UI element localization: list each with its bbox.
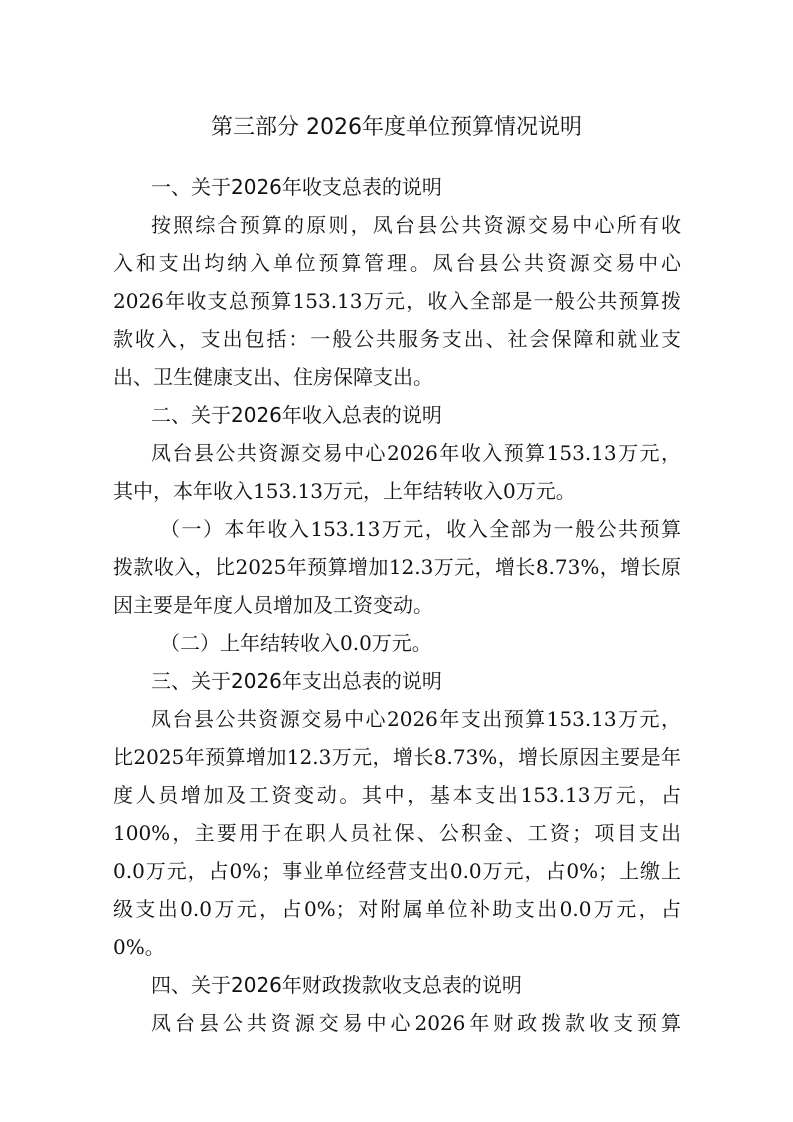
page-title: 第三部分 2026年度单位预算情况说明 — [0, 110, 793, 141]
paragraph-line: （一）本年收入153.13万元，收入全部为一般公共预算 — [160, 514, 681, 544]
paragraph-line: 级支出0.0万元，占0%；对附属单位补助支出0.0万元，占 — [113, 894, 681, 924]
paragraph-line: 凤台县公共资源交易中心2026年支出预算153.13万元， — [151, 704, 681, 734]
paragraph-line: 拨款收入，比2025年预算增加12.3万元，增长8.73%，增长原 — [113, 552, 681, 582]
paragraph-line: 其中，本年收入153.13万元，上年结转收入0万元。 — [113, 476, 681, 506]
paragraph-line: 因主要是年度人员增加及工资变动。 — [113, 590, 681, 620]
paragraph-line: （二）上年结转收入0.0万元。 — [160, 628, 681, 658]
section-heading-2: 二、关于2026年收入总表的说明 — [151, 400, 719, 430]
paragraph-line: 0.0万元，占0%；事业单位经营支出0.0万元，占0%；上缴上 — [113, 856, 681, 886]
paragraph-line: 凤台县公共资源交易中心2026年财政拨款收支预算 — [151, 1008, 681, 1038]
paragraph-line: 入和支出均纳入单位预算管理。凤台县公共资源交易中心 — [113, 248, 681, 278]
paragraph-line: 按照综合预算的原则，凤台县公共资源交易中心所有收 — [151, 210, 681, 240]
paragraph-line: 款收入，支出包括：一般公共服务支出、社会保障和就业支 — [113, 324, 681, 354]
paragraph-line: 度人员增加及工资变动。其中，基本支出153.13万元，占 — [113, 780, 681, 810]
section-heading-1: 一、关于2026年收支总表的说明 — [151, 172, 719, 202]
paragraph-line: 比2025年预算增加12.3万元，增长8.73%，增长原因主要是年 — [113, 742, 681, 772]
paragraph-line: 2026年收支总预算153.13万元，收入全部是一般公共预算拨 — [113, 286, 681, 316]
paragraph-line: 0%。 — [113, 932, 681, 962]
section-heading-4: 四、关于2026年财政拨款收支总表的说明 — [151, 970, 719, 1000]
paragraph-line: 出、卫生健康支出、住房保障支出。 — [113, 362, 681, 392]
section-heading-3: 三、关于2026年支出总表的说明 — [151, 666, 719, 696]
paragraph-line: 凤台县公共资源交易中心2026年收入预算153.13万元， — [151, 438, 681, 468]
paragraph-line: 100%，主要用于在职人员社保、公积金、工资；项目支出 — [113, 818, 681, 848]
document-page: 第三部分 2026年度单位预算情况说明 一、关于2026年收支总表的说明 按照综… — [0, 0, 793, 1122]
